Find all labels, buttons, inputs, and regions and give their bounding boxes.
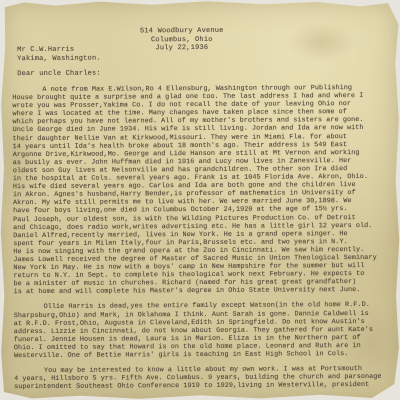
text-line: Westerville. One of Bettie Harris' girls… [14, 350, 396, 360]
letter-date: July 22,1936 [140, 44, 224, 53]
text-line: superintendent Southeast Ohio Conference… [14, 381, 396, 391]
body-paragraph: Ollie Harris is dead,yes the entire fami… [14, 301, 396, 360]
sender-street: 514 Woodbury Avenue [140, 27, 224, 36]
salutation: Dear uncle Charles: [17, 70, 101, 79]
letter-content: 514 Woodbury Avenue Columbus, Ohio July … [0, 0, 400, 400]
body-paragraph: You may be interested to know a little a… [14, 365, 396, 392]
recipient-address: Mr C.W.Harris Yakima, Washington. [17, 46, 101, 64]
recipient-city: Yakima, Washington. [17, 54, 101, 63]
letter-scan: 514 Woodbury Avenue Columbus, Ohio July … [0, 0, 400, 400]
sender-address: 514 Woodbury Avenue Columbus, Ohio July … [140, 27, 224, 53]
body-paragraph: A note from Max E.Wilson,Ro 4 Ellensburg… [12, 84, 395, 297]
letter-body: A note from Max E.Wilson,Ro 4 Ellensburg… [12, 84, 396, 399]
text-line: is at home and will complete his Master'… [14, 286, 396, 296]
